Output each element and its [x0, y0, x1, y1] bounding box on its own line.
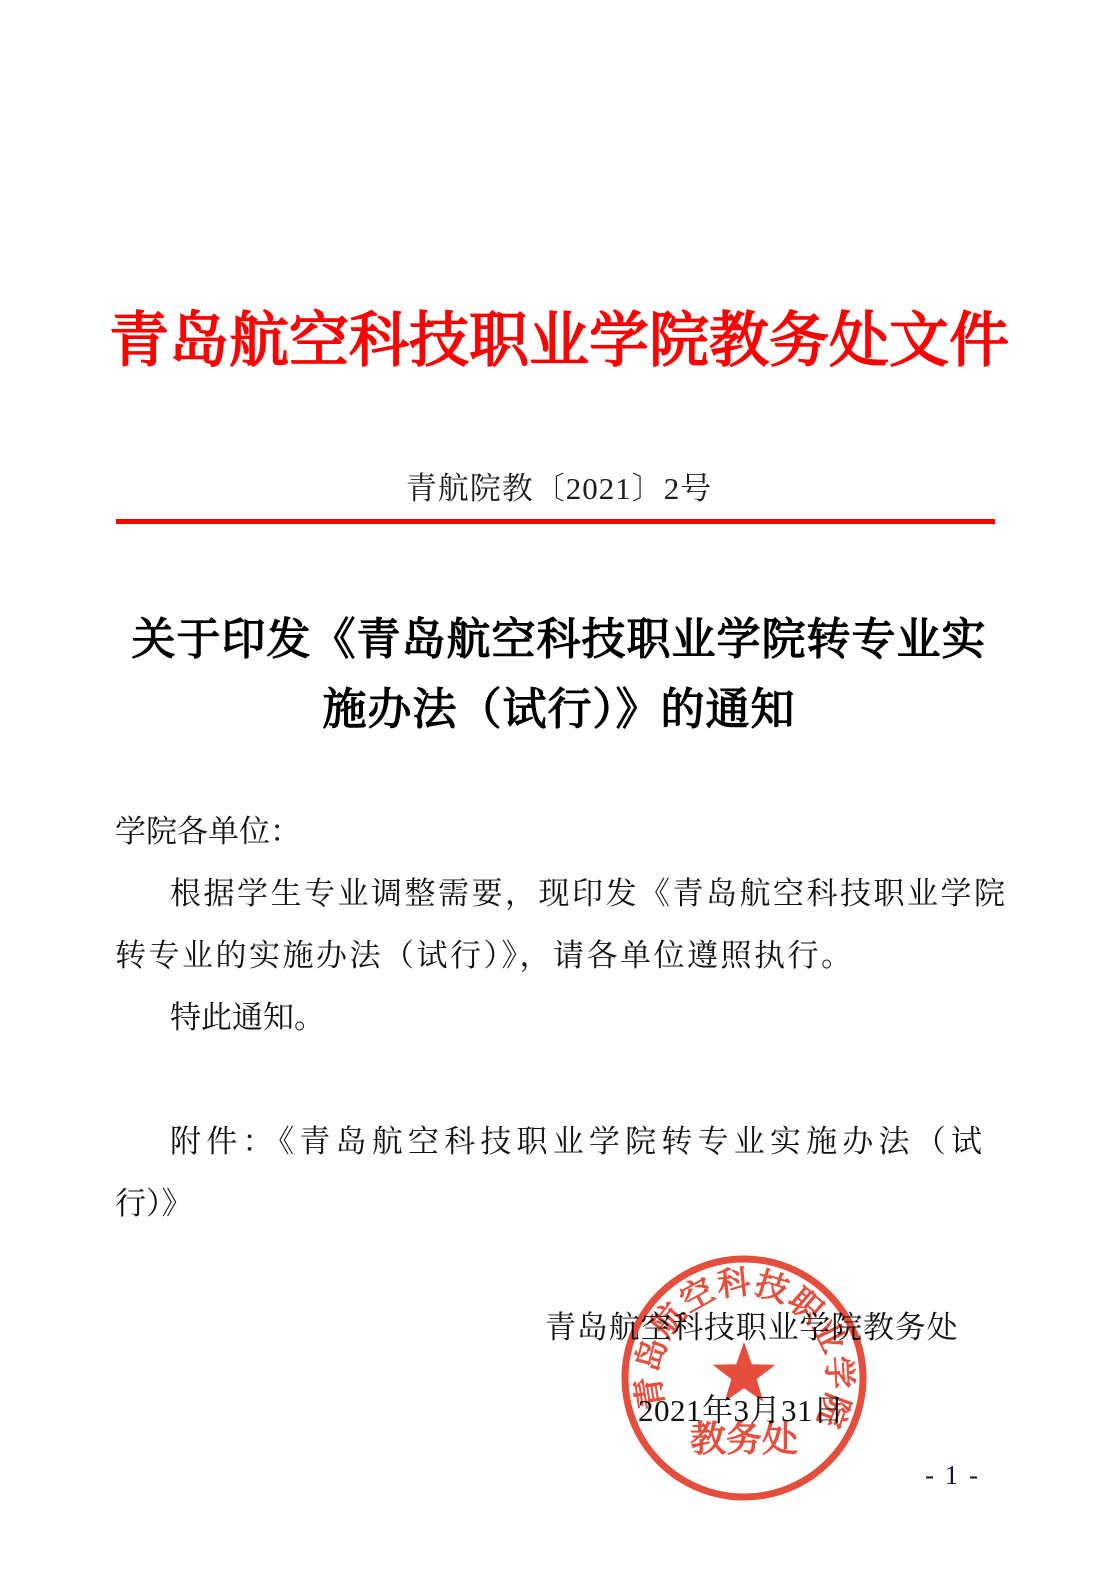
seal-bottom-text: 教务处 — [690, 1419, 798, 1459]
red-divider-rule — [116, 519, 995, 524]
notice-body: 学院各单位： 根据学生专业调整需要，现印发《青岛航空科技职业学院 转专业的实施办… — [115, 801, 1020, 1235]
attachment-line: 附件：《青岛航空科技职业学院转专业实施办法（试 — [115, 1111, 1020, 1173]
notice-title-line1: 关于印发《青岛航空科技职业学院转专业实 — [0, 605, 1118, 675]
seal-star-icon — [713, 1342, 776, 1402]
notice-title: 关于印发《青岛航空科技职业学院转专业实 施办法（试行）》的通知 — [0, 605, 1118, 745]
body-paragraph-line: 转专业的实施办法（试行）》，请各单位遵照执行。 — [115, 925, 1020, 987]
body-paragraph-line: 根据学生专业调整需要，现印发《青岛航空科技职业学院 — [115, 863, 1020, 925]
red-header-title: 青岛航空科技职业学院教务处文件 — [0, 308, 1118, 374]
notice-title-line2: 施办法（试行）》的通知 — [0, 675, 1118, 745]
page-number: - 1 - — [925, 1458, 980, 1492]
blank-line — [115, 1049, 1020, 1111]
salutation: 学院各单位： — [115, 801, 1020, 863]
official-seal-stamp: 青岛航空科技职业学院 教务处 — [614, 1248, 874, 1508]
document-page: 青岛航空科技职业学院教务处文件 青航院教〔2021〕2号 关于印发《青岛航空科技… — [0, 0, 1118, 1578]
document-number: 青航院教〔2021〕2号 — [0, 470, 1118, 508]
attachment-line: 行）》 — [115, 1173, 1020, 1235]
body-paragraph-line: 特此通知。 — [115, 987, 1020, 1049]
